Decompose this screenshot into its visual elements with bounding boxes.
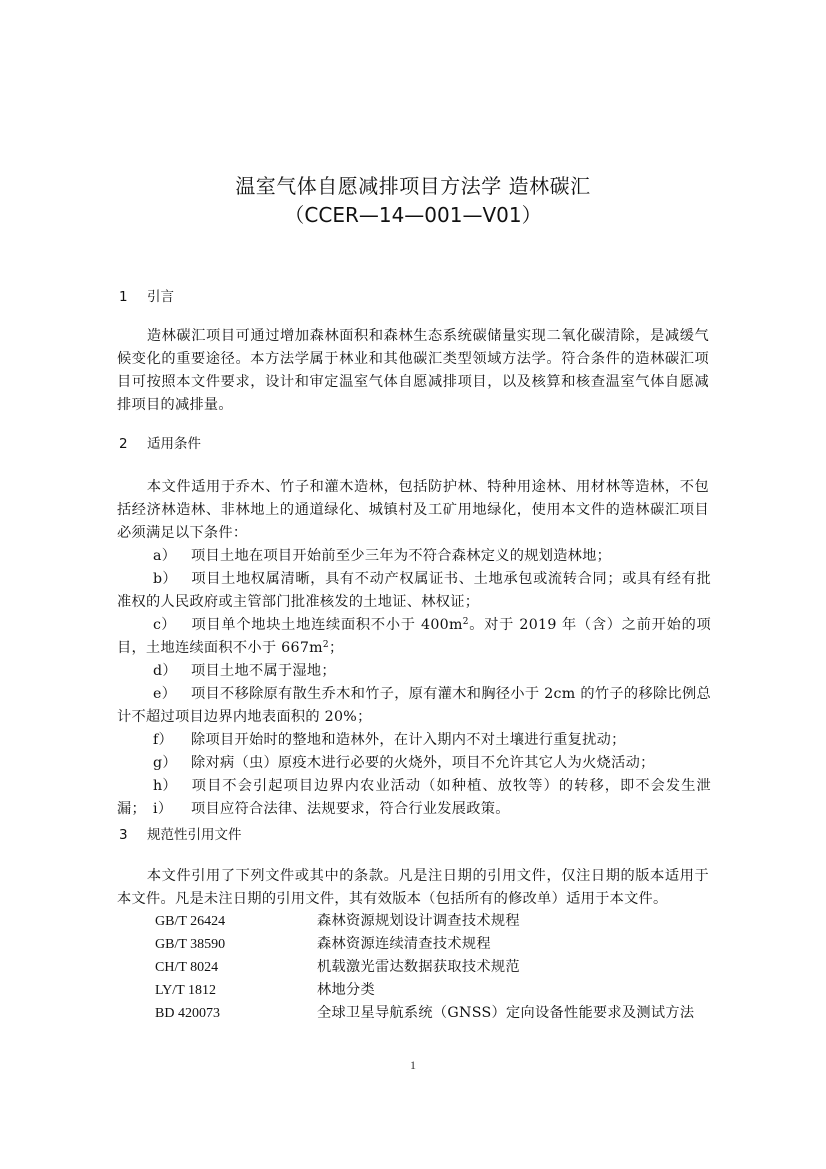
condition-label: d）	[117, 660, 191, 683]
reference-row: LY/T 1812林地分类	[155, 979, 694, 1002]
reference-title: 森林资源连续清查技术规程	[317, 933, 491, 956]
section-2-paragraph: 本文件适用于乔木、竹子和灌木造林，包括防护林、特种用途林、用材林等造林，不包括经…	[117, 476, 709, 545]
condition-text: 项目应符合法律、法规要求，符合行业发展政策。	[191, 801, 510, 817]
section-title: 引言	[147, 289, 174, 305]
section-title: 适用条件	[147, 436, 201, 452]
section-number: 1	[119, 287, 147, 307]
condition-c: c）项目单个地块土地连续面积不小于 400m2。对于 2019 年（含）之前开始…	[117, 614, 711, 660]
condition-i: i）项目应符合法律、法规要求，符合行业发展政策。	[117, 798, 711, 821]
condition-label: a）	[117, 545, 191, 568]
reference-row: GB/T 38590森林资源连续清查技术规程	[155, 933, 694, 956]
section-heading-1: 1引言	[119, 287, 174, 307]
page-number: 1	[0, 1058, 826, 1073]
condition-label: f）	[117, 729, 191, 752]
condition-text: 项目土地在项目开始前至少三年为不符合森林定义的规划造林地；	[191, 548, 611, 564]
reference-title: 机载激光雷达数据获取技术规范	[317, 956, 520, 979]
reference-row: CH/T 8024机载激光雷达数据获取技术规范	[155, 956, 694, 979]
condition-label: e）	[117, 683, 191, 706]
section-heading-2: 2适用条件	[119, 434, 201, 454]
reference-row: GB/T 26424森林资源规划设计调查技术规程	[155, 910, 694, 933]
reference-code: BD 420073	[155, 1002, 317, 1025]
reference-code: CH/T 8024	[155, 956, 317, 979]
condition-d: d）项目土地不属于湿地；	[117, 660, 711, 683]
condition-text: 除对病（虫）原疫木进行必要的火烧外，项目不允许其它人为火烧活动；	[191, 755, 655, 771]
section-title: 规范性引用文件	[147, 827, 242, 843]
reference-title: 林地分类	[317, 979, 375, 1002]
condition-text: 项目土地权属清晰，具有不动产权属证书、土地承包或流转合同；或具有经有批准权的人民…	[117, 571, 711, 610]
reference-code: GB/T 38590	[155, 933, 317, 956]
condition-e: e）项目不移除原有散生乔木和竹子，原有灌木和胸径小于 2cm 的竹子的移除比例总…	[117, 683, 711, 729]
reference-title: 森林资源规划设计调查技术规程	[317, 910, 520, 933]
document-title: 温室气体自愿减排项目方法学 造林碳汇	[0, 172, 826, 200]
document-page: 温室气体自愿减排项目方法学 造林碳汇 （CCER—14—001—V01） 1引言…	[0, 0, 826, 1169]
condition-f: f）除项目开始时的整地和造林外，在计入期内不对土壤进行重复扰动；	[117, 729, 711, 752]
section-1-paragraph: 造林碳汇项目可通过增加森林面积和森林生态系统碳储量实现二氧化碳清除，是减缓气候变…	[117, 325, 709, 417]
condition-label: i）	[117, 798, 191, 821]
condition-g: g）除对病（虫）原疫木进行必要的火烧外，项目不允许其它人为火烧活动；	[117, 752, 711, 775]
reference-list: GB/T 26424森林资源规划设计调查技术规程 GB/T 38590森林资源连…	[155, 910, 694, 1025]
condition-text: 项目单个地块土地连续面积不小于 400m	[191, 617, 463, 633]
document-code: （CCER—14—001—V01）	[0, 201, 826, 229]
reference-code: GB/T 26424	[155, 910, 317, 933]
condition-label: b）	[117, 568, 191, 591]
reference-row: BD 420073全球卫星导航系统（GNSS）定向设备性能要求及测试方法	[155, 1002, 694, 1025]
section-number: 2	[119, 434, 147, 454]
condition-label: h）	[117, 775, 191, 798]
reference-title: 全球卫星导航系统（GNSS）定向设备性能要求及测试方法	[317, 1002, 694, 1025]
condition-text: 除项目开始时的整地和造林外，在计入期内不对土壤进行重复扰动；	[191, 732, 626, 748]
condition-text: 项目不移除原有散生乔木和竹子，原有灌木和胸径小于 2cm 的竹子的移除比例总计不…	[117, 686, 711, 725]
condition-b: b）项目土地权属清晰，具有不动产权属证书、土地承包或流转合同；或具有经有批准权的…	[117, 568, 711, 614]
condition-label: c）	[117, 614, 191, 637]
section-heading-3: 3规范性引用文件	[119, 825, 242, 845]
section-3-paragraph: 本文件引用了下列文件或其中的条款。凡是注日期的引用文件，仅注日期的版本适用于本文…	[117, 865, 709, 911]
condition-a: a）项目土地在项目开始前至少三年为不符合森林定义的规划造林地；	[117, 545, 711, 568]
section-number: 3	[119, 825, 147, 845]
condition-label: g）	[117, 752, 191, 775]
condition-text: ；	[329, 640, 344, 656]
condition-text: 项目土地不属于湿地；	[191, 663, 336, 679]
reference-code: LY/T 1812	[155, 979, 317, 1002]
